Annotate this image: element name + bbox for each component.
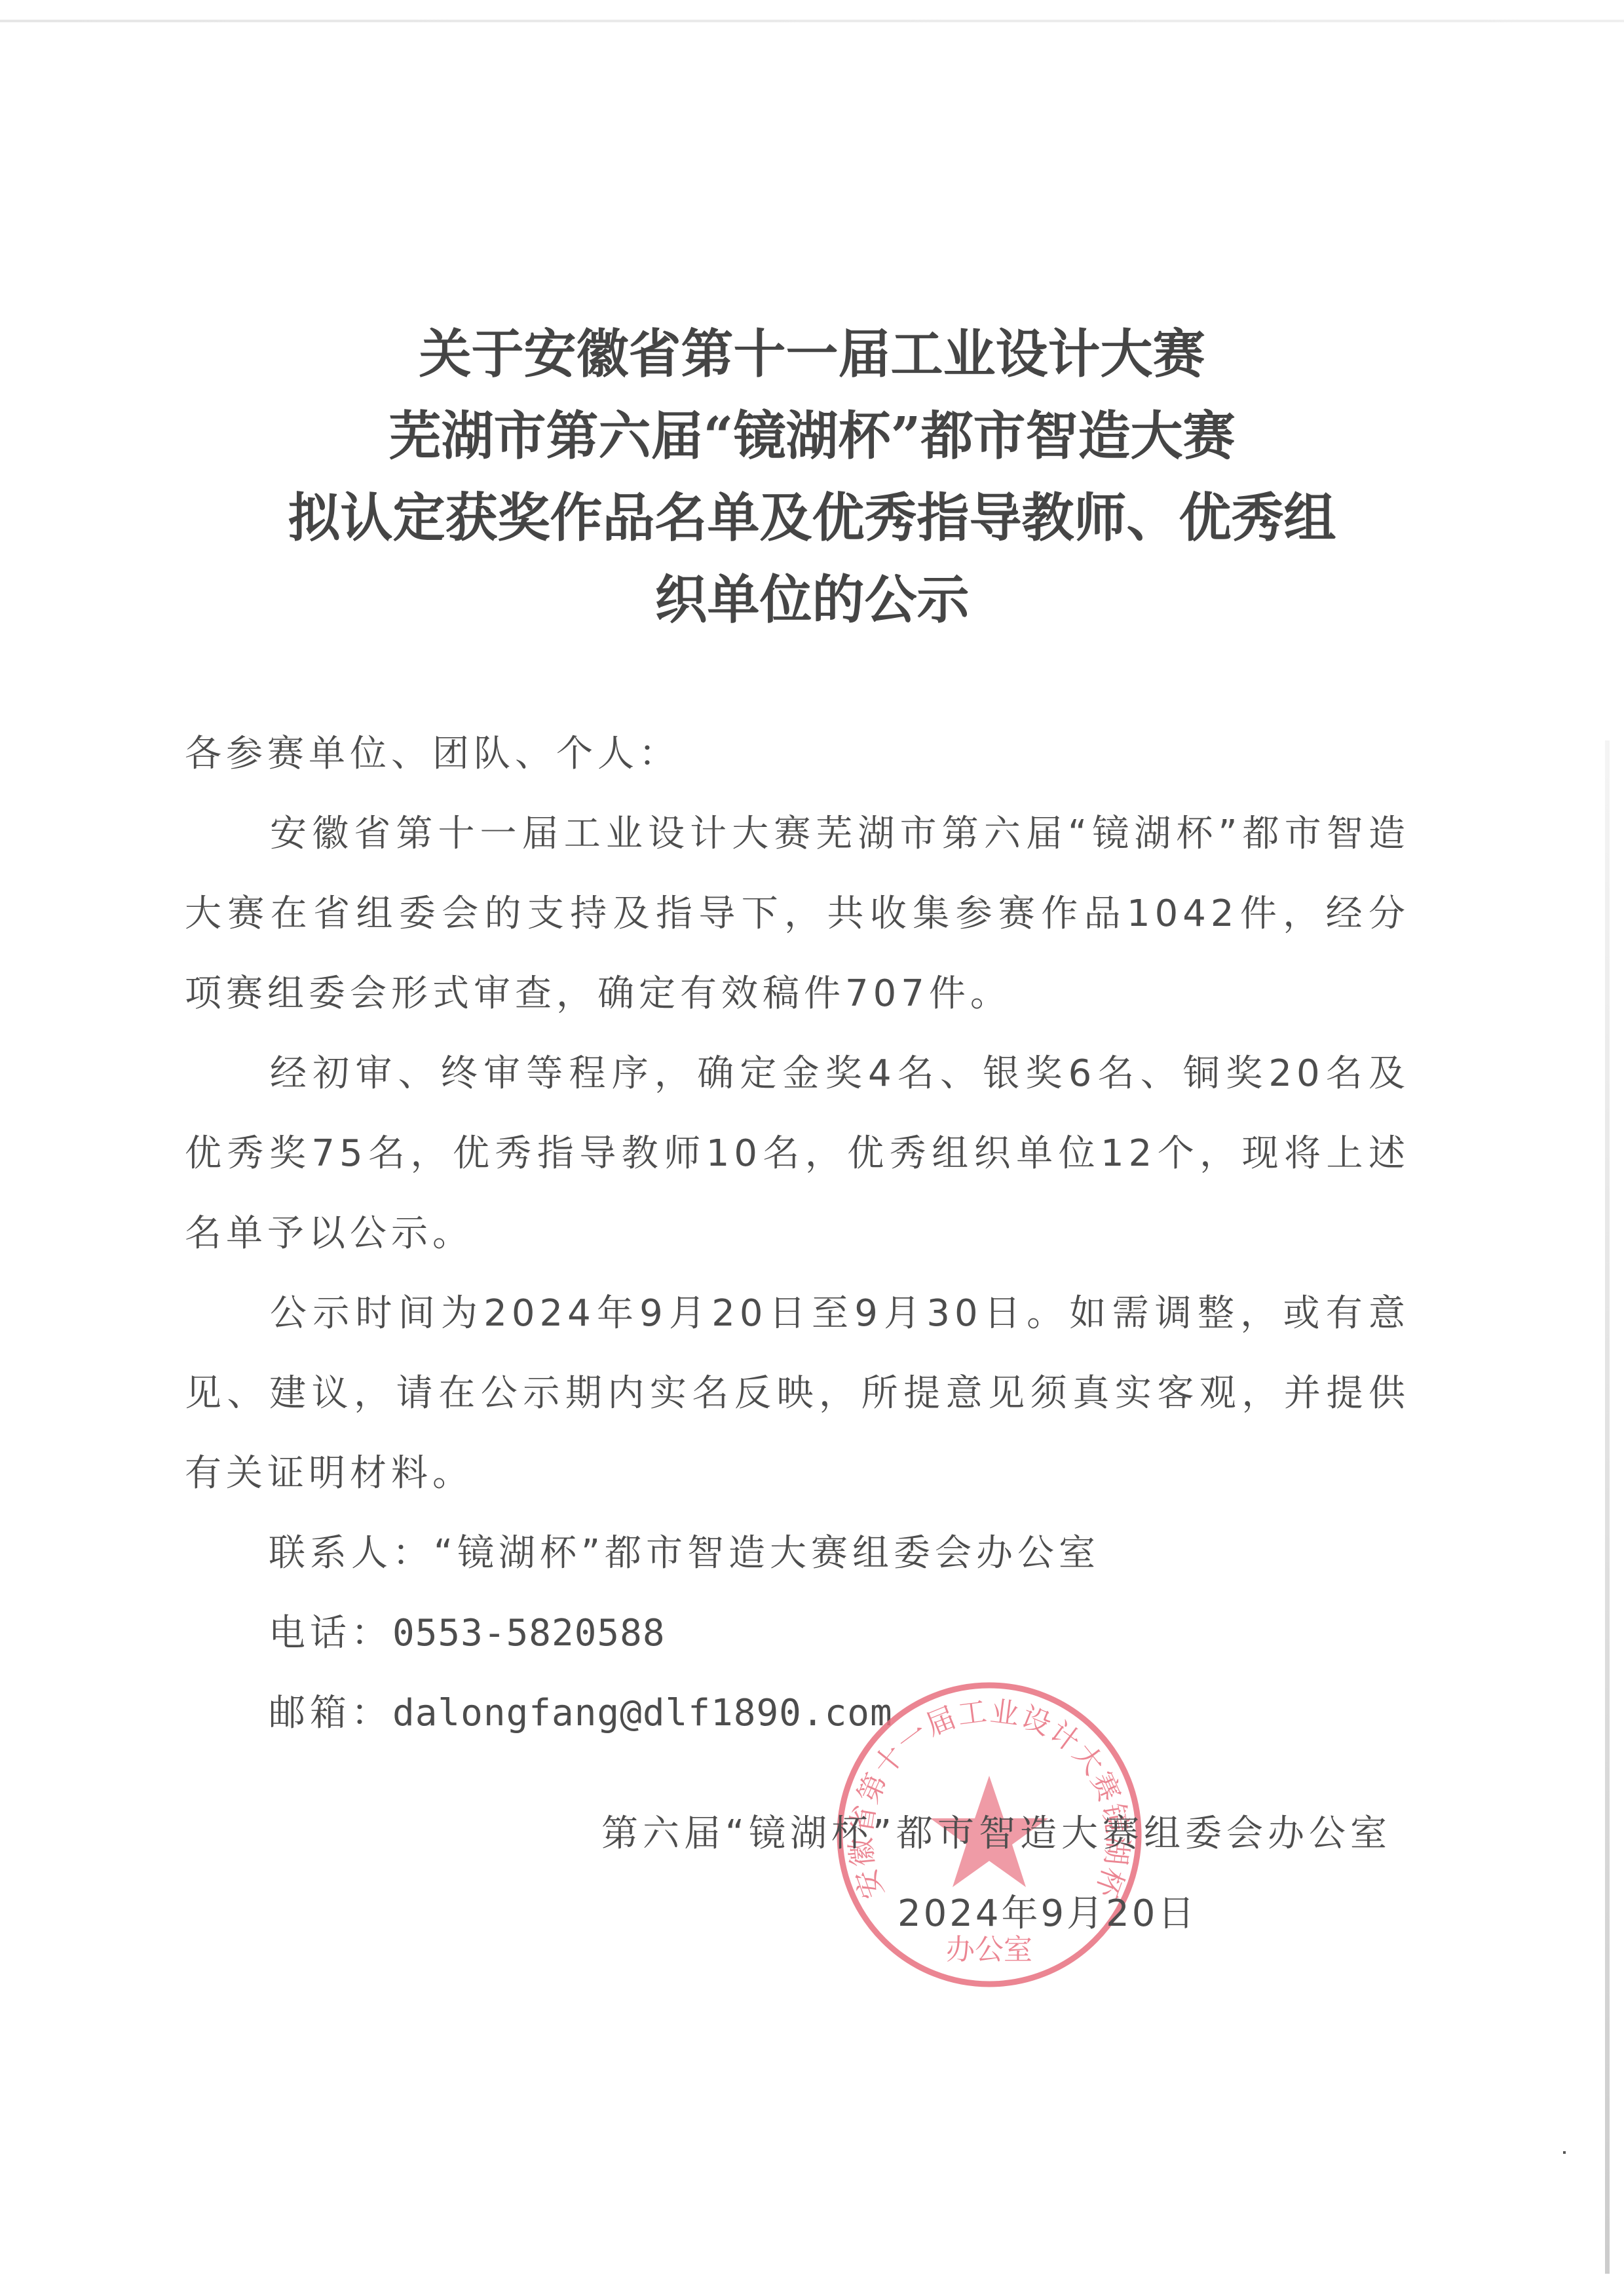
paragraph-awards: 经初审、终审等程序，确定金奖4名、银奖6名、铜奖20名及优秀奖75名，优秀指导教… [185,1034,1410,1274]
salutation: 各参赛单位、团队、个人： [185,714,1416,794]
document-title: 关于安徽省第十一届工业设计大赛 芜湖市第六届“镜湖杯”都市智造大赛 拟认定获奖作… [0,313,1624,641]
title-line-4: 织单位的公示 [0,559,1624,641]
contact-phone: 电话：0553-5820588 [269,1594,666,1674]
contact-email-label: 邮箱： [269,1692,392,1734]
contact-phone-label: 电话： [269,1612,392,1655]
scan-artifact-dot [1563,2151,1566,2154]
signature-organization: 第六届“镜湖杯”都市智造大赛组委会办公室 [601,1794,1391,1874]
contact-person: 联系人：“镜湖杯”都市智造大赛组委会办公室 [269,1514,1100,1594]
scan-artifact-right-line [1605,740,1610,2274]
contact-person-value: “镜湖杯”都市智造大赛组委会办公室 [434,1532,1100,1575]
signature-date: 2024年9月20日 [897,1874,1197,1954]
title-line-1: 关于安徽省第十一届工业设计大赛 [0,313,1624,395]
contact-email: 邮箱：dalongfang@dlf1890.com [269,1674,893,1753]
title-line-3: 拟认定获奖作品名单及优秀指导教师、优秀组 [0,477,1624,559]
paragraph-submissions: 安徽省第十一届工业设计大赛芜湖市第六届“镜湖杯”都市智造大赛在省组委会的支持及指… [185,794,1410,1034]
contact-phone-value: 0553-5820588 [392,1612,666,1655]
contact-email-value: dalongfang@dlf1890.com [392,1692,893,1734]
paragraph-notice-period: 公示时间为2024年9月20日至9月30日。如需调整，或有意见、建议，请在公示期… [185,1274,1410,1514]
scan-artifact-top-line [0,20,1624,22]
contact-person-label: 联系人： [269,1532,434,1575]
title-line-2: 芜湖市第六届“镜湖杯”都市智造大赛 [0,395,1624,477]
